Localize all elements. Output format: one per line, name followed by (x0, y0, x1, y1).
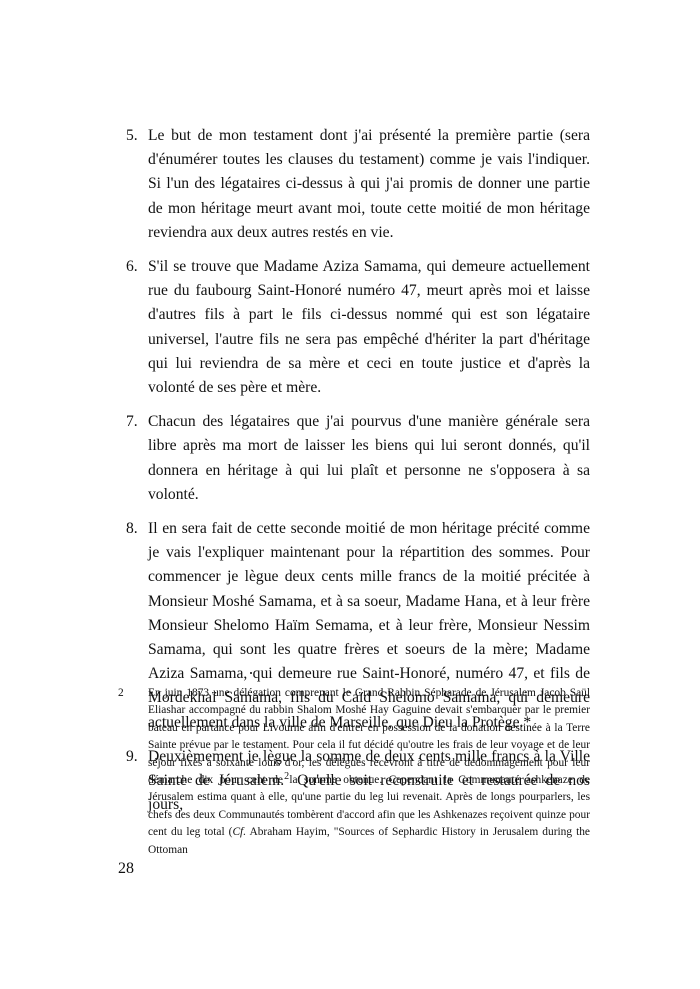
footnote-citation-abbrev: Cf. (232, 826, 246, 838)
clause-number: 7. (126, 410, 138, 434)
clause-5: 5. Le but de mon testament dont j'ai pré… (126, 124, 590, 245)
page-number: 28 (118, 860, 134, 878)
document-page: 5. Le but de mon testament dont j'ai pré… (0, 0, 700, 989)
footnote-text-part: En juin 1873 une délégation comprenant l… (148, 687, 590, 838)
footnote-separator-mark (250, 672, 252, 674)
clause-number: 5. (126, 124, 138, 148)
clause-text: Le but de mon testament dont j'ai présen… (148, 124, 590, 245)
footnote-number: 2 (118, 685, 124, 702)
clause-text: Chacun des légataires que j'ai pourvus d… (148, 410, 590, 507)
footnote-2: 2 En juin 1873 une délégation comprenant… (118, 685, 590, 859)
clause-text: S'il se trouve que Madame Aziza Samama, … (148, 255, 590, 400)
clause-6: 6. S'il se trouve que Madame Aziza Samam… (126, 255, 590, 400)
clause-number: 6. (126, 255, 138, 279)
clause-7: 7. Chacun des légataires que j'ai pourvu… (126, 410, 590, 507)
footnote-text: En juin 1873 une délégation comprenant l… (148, 685, 590, 859)
clause-number: 8. (126, 517, 138, 541)
